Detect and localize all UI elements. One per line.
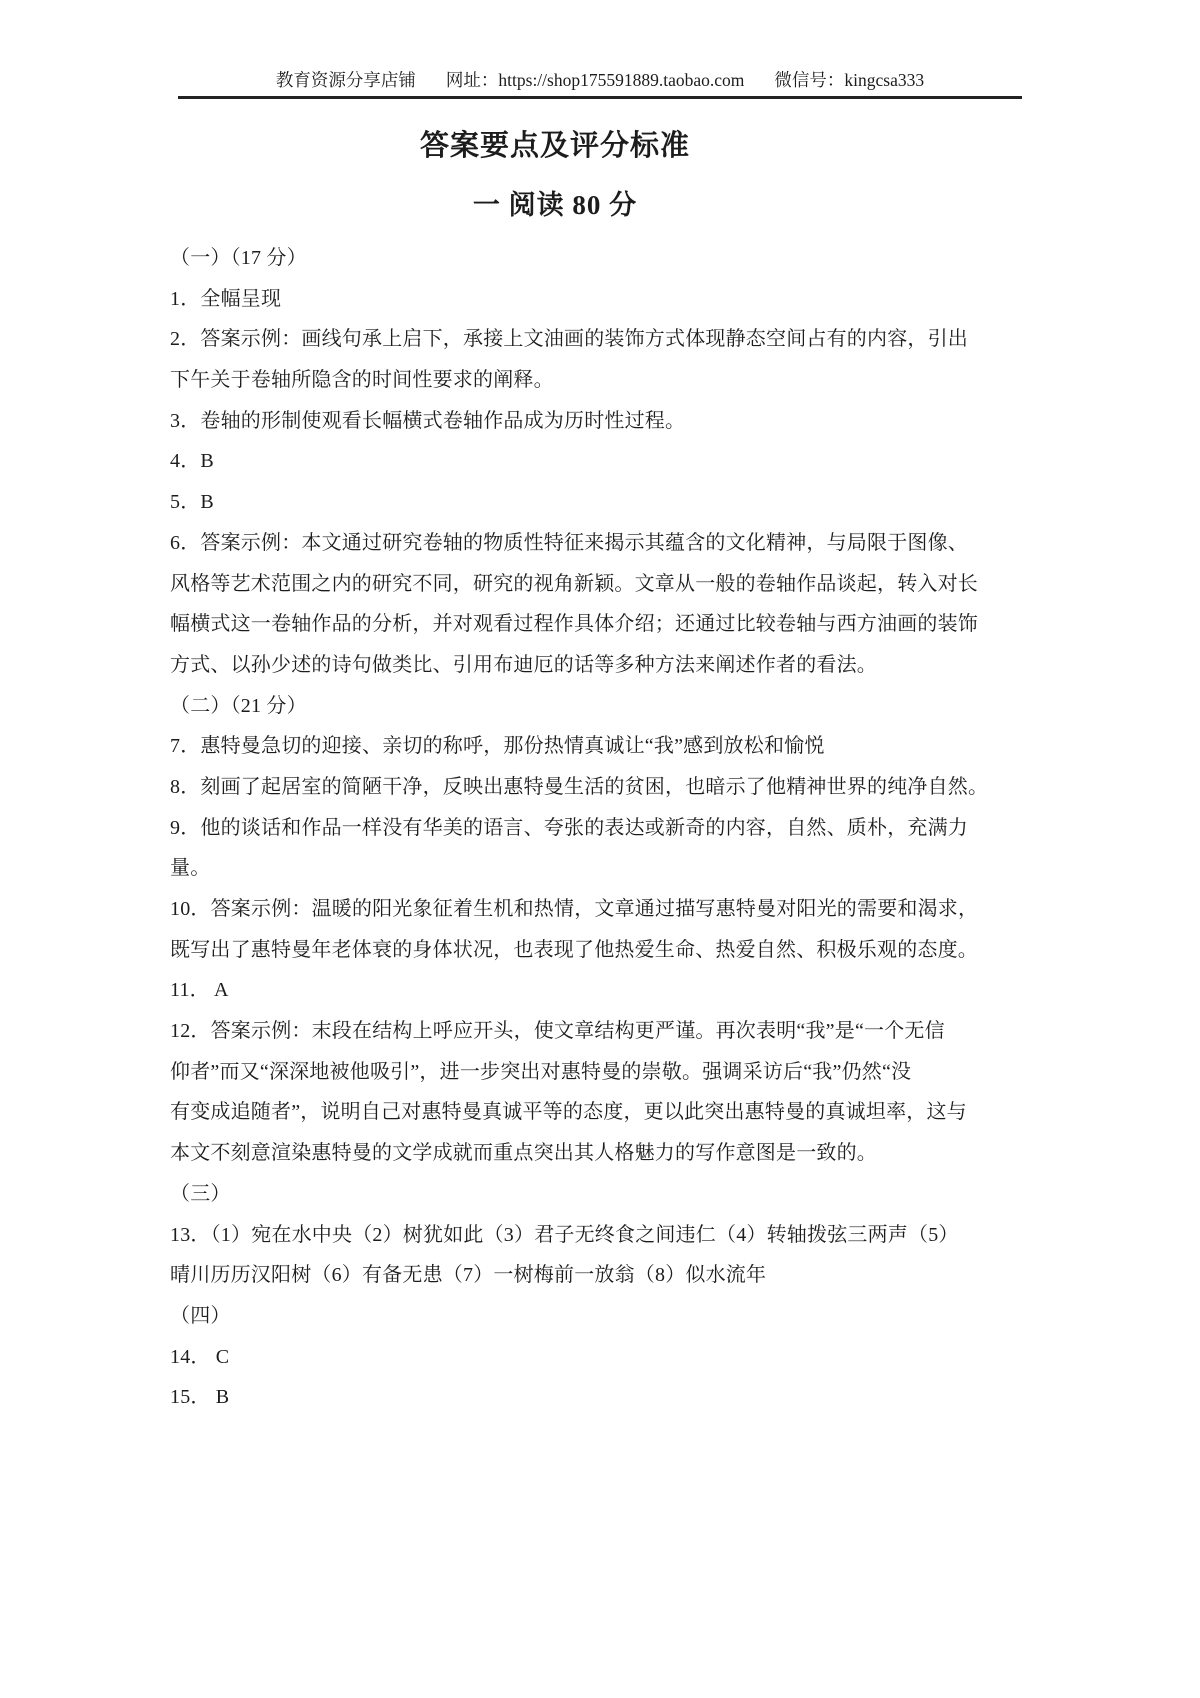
section-heading-reading: 一 阅读 80 分: [0, 186, 1110, 224]
answer-line-2: 1．全幅呈现: [170, 279, 1050, 320]
header-shop-url: 网址：https://shop175591889.taobao.com: [446, 68, 744, 92]
answer-line-27: （四）: [170, 1296, 1050, 1337]
answer-line-12: （二）（21 分）: [170, 686, 1050, 727]
header-wechat-id: 微信号：kingcsa333: [774, 68, 924, 92]
answer-line-29: 15． B: [170, 1377, 1050, 1418]
answer-line-18: 既写出了惠特曼年老体衰的身体状况，也表现了他热爱生命、热爱自然、积极乐观的态度。: [170, 930, 1050, 971]
document-page: 教育资源分享店铺 网址：https://shop175591889.taobao…: [0, 0, 1200, 1698]
answer-line-20: 12．答案示例：末段在结构上呼应开头，使文章结构更严谨。再次表明“我”是“一个无…: [170, 1011, 1050, 1052]
answer-line-7: 5．B: [170, 482, 1050, 523]
answer-line-26: 晴川历历汉阳树（6）有备无患（7）一树梅前一放翁（8）似水流年: [170, 1255, 1050, 1296]
answer-line-21: 仰者”而又“深深地被他吸引”，进一步突出对惠特曼的崇敬。强调采访后“我”仍然“没: [170, 1052, 1050, 1093]
answer-line-15: 9．他的谈话和作品一样没有华美的语言、夸张的表达或新奇的内容，自然、质朴，充满力: [170, 808, 1050, 849]
answer-line-10: 幅横式这一卷轴作品的分析，并对观看过程作具体介绍；还通过比较卷轴与西方油画的装饰: [170, 604, 1050, 645]
answer-line-1: （一）（17 分）: [170, 238, 1050, 279]
answer-line-3: 2．答案示例：画线句承上启下，承接上文油画的装饰方式体现静态空间占有的内容，引出: [170, 319, 1050, 360]
answer-line-28: 14． C: [170, 1337, 1050, 1378]
answer-line-13: 7．惠特曼急切的迎接、亲切的称呼，那份热情真诚让“我”感到放松和愉悦: [170, 726, 1050, 767]
answer-line-24: （三）: [170, 1174, 1050, 1215]
answer-line-17: 10．答案示例：温暖的阳光象征着生机和热情，文章通过描写惠特曼对阳光的需要和渴求…: [170, 889, 1050, 930]
document-title: 答案要点及评分标准: [0, 126, 1110, 166]
answer-line-14: 8．刻画了起居室的简陋干净，反映出惠特曼生活的贫困，也暗示了他精神世界的纯净自然…: [170, 767, 1050, 808]
answer-line-9: 风格等艺术范围之内的研究不同，研究的视角新颖。文章从一般的卷轴作品谈起，转入对长: [170, 564, 1050, 605]
answer-line-25: 13．（1）宛在水中央（2）树犹如此（3）君子无终食之间违仁（4）转轴拨弦三两声…: [170, 1215, 1050, 1256]
answer-line-4: 下午关于卷轴所隐含的时间性要求的阐释。: [170, 360, 1050, 401]
answer-line-8: 6．答案示例：本文通过研究卷轴的物质性特征来揭示其蕴含的文化精神，与局限于图像、: [170, 523, 1050, 564]
answer-line-22: 有变成追随者”，说明自己对惠特曼真诚平等的态度，更以此突出惠特曼的真诚坦率，这与: [170, 1092, 1050, 1133]
page-header: 教育资源分享店铺 网址：https://shop175591889.taobao…: [0, 68, 1200, 92]
answer-line-16: 量。: [170, 848, 1050, 889]
header-divider-line: [178, 96, 1022, 99]
answer-line-6: 4．B: [170, 441, 1050, 482]
answer-body: （一）（17 分）1．全幅呈现2．答案示例：画线句承上启下，承接上文油画的装饰方…: [170, 238, 1050, 1418]
answer-line-23: 本文不刻意渲染惠特曼的文学成就而重点突出其人格魅力的写作意图是一致的。: [170, 1133, 1050, 1174]
answer-line-5: 3．卷轴的形制使观看长幅横式卷轴作品成为历时性过程。: [170, 401, 1050, 442]
header-shop-name: 教育资源分享店铺: [276, 68, 416, 92]
answer-line-19: 11． A: [170, 970, 1050, 1011]
answer-line-11: 方式、以孙少述的诗句做类比、引用布迪厄的话等多种方法来阐述作者的看法。: [170, 645, 1050, 686]
